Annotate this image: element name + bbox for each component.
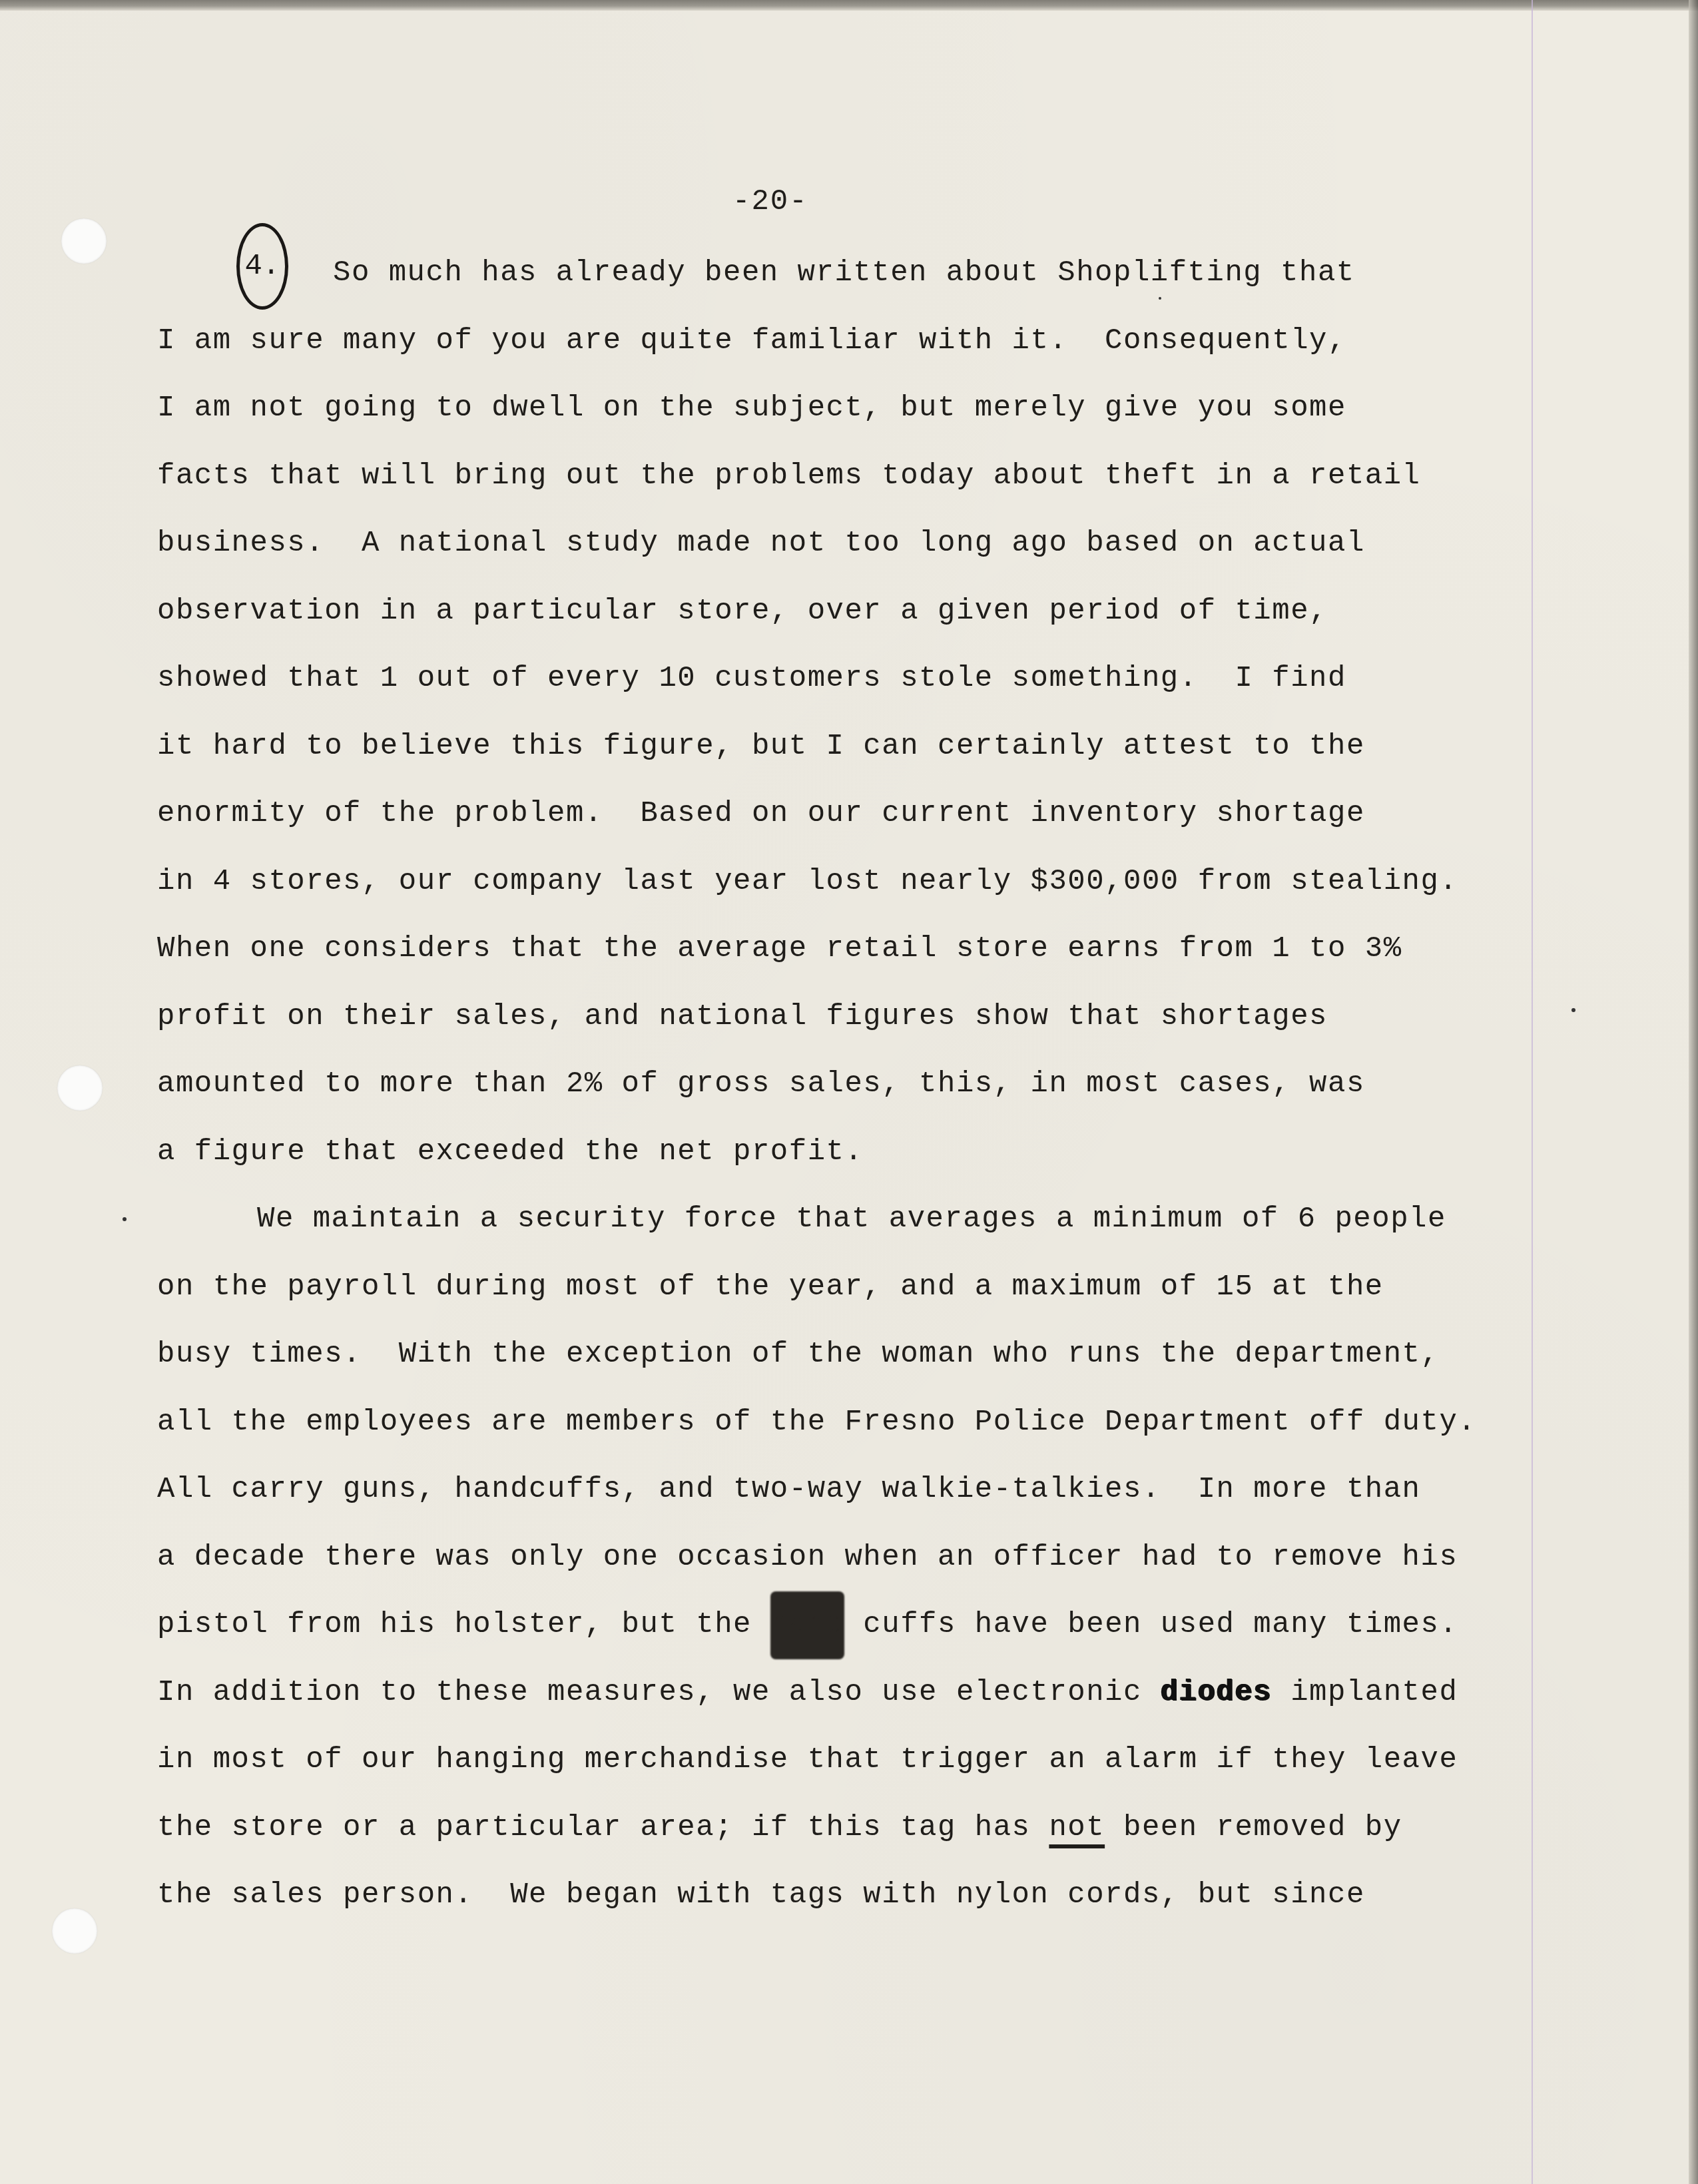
struck-out-word: hand [770,1591,845,1659]
text-line-with-strikeout: pistol from his holster, but the hand cu… [157,1591,1569,1659]
text-line: I am not going to dwell on the subject, … [157,375,1569,443]
text-line-with-underline: the store or a particular area; if this … [157,1794,1569,1862]
underlined-word: not [1049,1811,1105,1844]
document-page: -20- 4. So much has already been written… [0,0,1698,2184]
text-line: When one considers that the average reta… [157,916,1569,983]
text-line: in 4 stores, our company last year lost … [157,848,1569,916]
ink-speck [123,1217,127,1221]
scan-top-edge [0,0,1698,11]
text-line: on the payroll during most of the year, … [157,1254,1569,1322]
text-line: business. A national study made not too … [157,510,1569,578]
ink-speck [1571,1008,1575,1012]
text-line: it hard to believe this figure, but I ca… [157,713,1569,781]
text-segment: the store or a particular area; if this … [157,1811,1049,1844]
punch-hole-middle [57,1065,103,1111]
text-line: All carry guns, handcuffs, and two-way w… [157,1456,1569,1524]
text-line: the sales person. We began with tags wit… [157,1862,1569,1930]
punch-hole-top [61,218,107,264]
text-line: amounted to more than 2% of gross sales,… [157,1051,1569,1119]
punch-hole-bottom [52,1908,97,1954]
text-line: enormity of the problem. Based on our cu… [157,780,1569,848]
overstruck-word: diodes [1161,1676,1272,1709]
text-line: We maintain a security force that averag… [157,1186,1569,1254]
text-line-with-overstrike: In addition to these measures, we also u… [157,1659,1569,1727]
scan-right-edge [1689,0,1698,2184]
text-line: I am sure many of you are quite familiar… [157,308,1569,376]
text-segment: implanted [1272,1676,1458,1709]
text-line: a figure that exceeded the net profit. [157,1119,1569,1187]
text-line: in most of our hanging merchandise that … [157,1727,1569,1794]
text-segment: pistol from his holster, but the [157,1608,770,1641]
page-number: -20- [732,185,808,218]
body-text: So much has already been written about S… [157,240,1569,1930]
text-line: a decade there was only one occasion whe… [157,1524,1569,1592]
text-segment: In addition to these measures, we also u… [157,1676,1161,1709]
text-line: observation in a particular store, over … [157,578,1569,646]
text-line: showed that 1 out of every 10 customers … [157,645,1569,713]
text-line: facts that will bring out the problems t… [157,443,1569,511]
text-segment: cuffs have been used many times. [844,1608,1458,1641]
text-segment: been removed by [1105,1811,1402,1844]
text-line: profit on their sales, and national figu… [157,983,1569,1051]
text-line: So much has already been written about S… [157,240,1569,308]
text-line: busy times. With the exception of the wo… [157,1321,1569,1389]
text-line: all the employees are members of the Fre… [157,1389,1569,1457]
